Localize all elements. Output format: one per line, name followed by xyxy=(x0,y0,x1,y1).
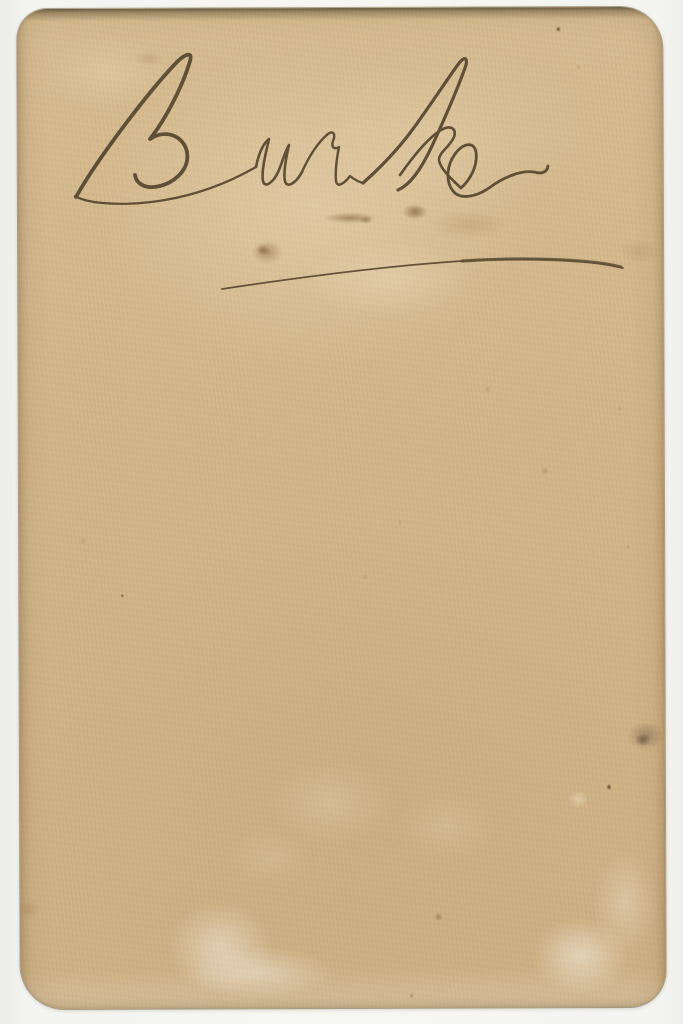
paper-grain-texture xyxy=(17,7,665,1009)
photo-card-back: Burke xyxy=(17,7,665,1009)
scan-surface: Burke xyxy=(0,0,683,1024)
